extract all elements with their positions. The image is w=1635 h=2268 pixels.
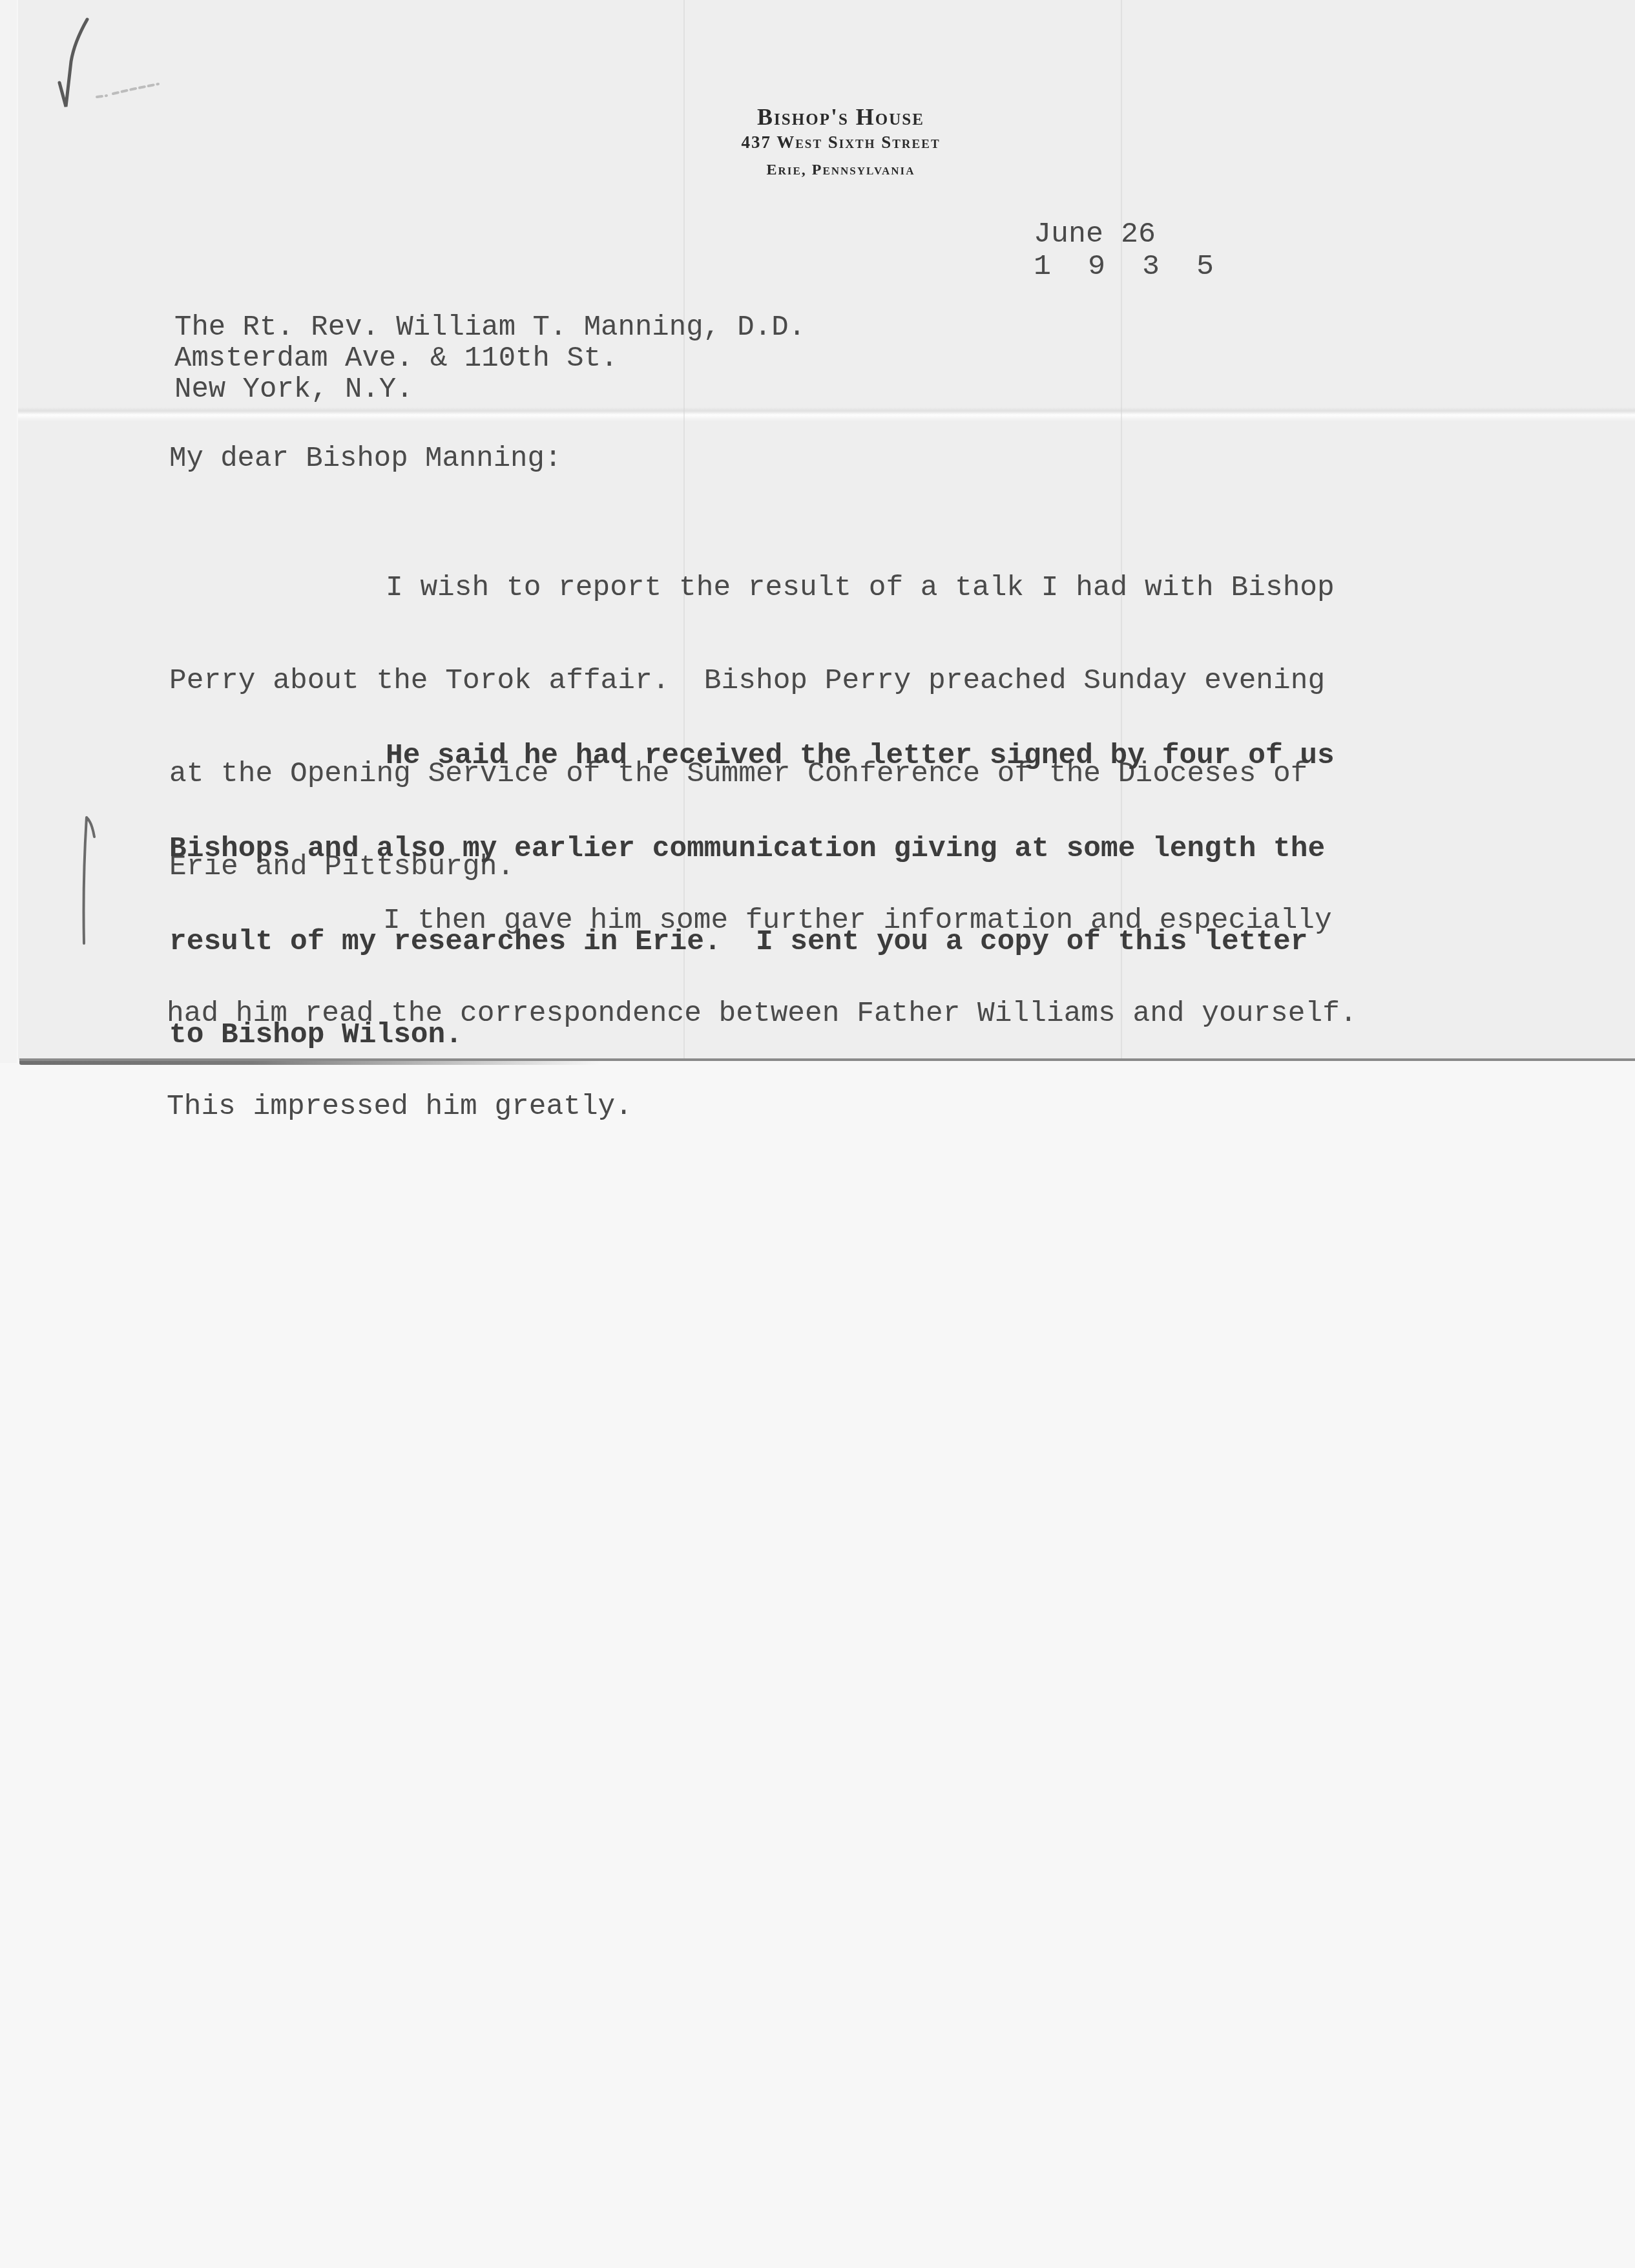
paragraph-line: He said he had received the letter signe… bbox=[169, 740, 1526, 772]
paragraph-line: had him read the correspondence between … bbox=[167, 998, 1523, 1029]
paragraph-line: I wish to report the result of a talk I … bbox=[169, 572, 1526, 604]
line-text: I wish to report the result of a talk I … bbox=[386, 572, 1335, 604]
paragraph-3: I then gave him some further information… bbox=[167, 843, 1523, 1153]
letterhead-city-text: Erie, Pennsylvania bbox=[767, 162, 915, 178]
date-year: 1 9 3 5 bbox=[1034, 251, 1224, 283]
recipient-city: New York, N.Y. bbox=[174, 373, 413, 406]
line-text: I then gave him some further information… bbox=[383, 905, 1332, 937]
recipient-street: Amsterdam Ave. & 110th St. bbox=[174, 342, 618, 375]
recipient-name: The Rt. Rev. William T. Manning, D.D. bbox=[174, 311, 806, 344]
letterhead-city: Erie, Pennsylvania bbox=[0, 162, 1635, 179]
date-month-day: June 26 bbox=[1034, 218, 1156, 251]
scanner-strip bbox=[0, 0, 17, 1063]
letterhead-street: 437 West Sixth Street bbox=[0, 132, 1635, 152]
salutation: My dear Bishop Manning: bbox=[169, 443, 561, 475]
letterhead-street-text: 437 West Sixth Street bbox=[741, 132, 940, 152]
letterhead-name-text: Bishop's House bbox=[757, 104, 924, 130]
paragraph-line: I then gave him some further information… bbox=[167, 905, 1523, 936]
paragraph-line: This impressed him greatly. bbox=[167, 1091, 1523, 1122]
letterhead-name: Bishop's House bbox=[0, 103, 1635, 131]
line-text: He said he had received the letter signe… bbox=[386, 740, 1335, 772]
